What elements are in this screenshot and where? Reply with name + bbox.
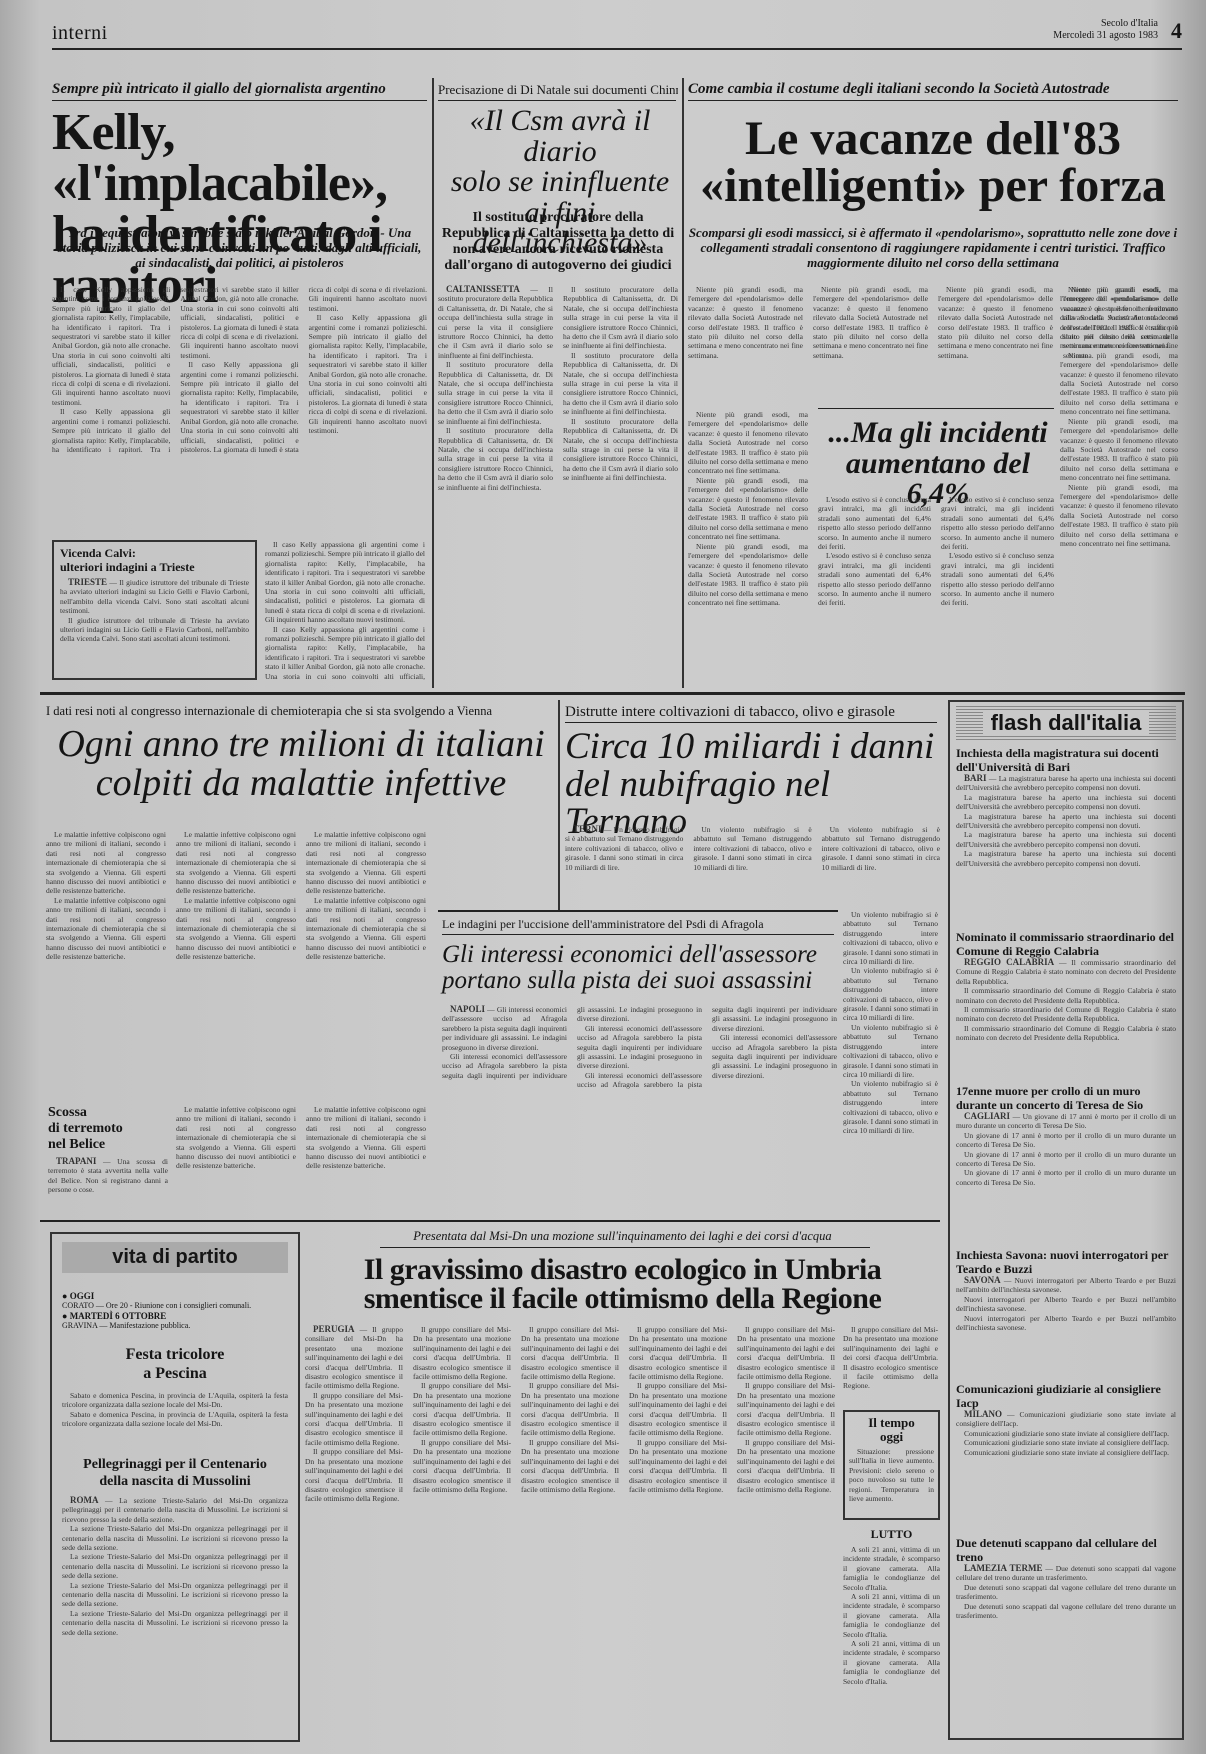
vacanze-body-cont: Niente più grandi esodi, ma l'emergere d… (688, 410, 808, 685)
ternano-body-cont: Un violento nubifragio si è abbattuto su… (843, 910, 938, 1220)
headline-line: portano sulla pista dei suoi assassini (442, 968, 842, 994)
body-paragraph: Il sostituto procuratore della Repubblic… (563, 351, 678, 417)
kicker-rule (442, 934, 834, 935)
dateline: CAGLIARI (964, 1112, 1010, 1121)
body-paragraph: Comunicazioni giudiziarie sono state inv… (956, 1448, 1176, 1457)
entry-text: CORATO — Ore 20 - Riunione con i consigl… (62, 1301, 288, 1311)
body-paragraph: Il gruppo consiliare del Msi-Dn ha prese… (737, 1381, 835, 1437)
vacanze-headline: Le vacanze dell'83 «intelligenti» per fo… (688, 115, 1178, 209)
body-paragraph: La sezione Trieste-Salario del Msi-Dn or… (62, 1609, 288, 1637)
title-line: Scossa (48, 1105, 168, 1121)
body-paragraph: Niente più grandi esodi, ma l'emergere d… (688, 410, 808, 476)
csm-kicker: Precisazione di Di Natale sui documenti … (438, 82, 678, 98)
flash-item-body: LAMEZIA TERME — Due detenuti sono scappa… (956, 1564, 1176, 1664)
body-paragraph: Le malattie infettive colpiscono ogni an… (176, 896, 296, 962)
body-paragraph: Niente più grandi esodi, ma l'emergere d… (1060, 483, 1178, 549)
kelly-kicker: Sempre più intricato il giallo del giorn… (52, 80, 427, 98)
body-paragraph: Comunicazioni giudiziarie sono state inv… (956, 1429, 1176, 1438)
headline-line: ...Ma gli incidenti (818, 418, 1058, 449)
body-paragraph: La sezione Trieste-Salario del Msi-Dn or… (62, 1581, 288, 1609)
header-rule (52, 48, 1182, 50)
headline-line: Gli interessi economici dell'assessore (442, 942, 842, 968)
entry-when: ● OGGI (62, 1291, 288, 1301)
body-paragraph: La magistratura barese ha aperto una inc… (956, 812, 1176, 831)
flash-item-title: 17enne muore per crollo di un muro duran… (956, 1084, 1176, 1112)
title-line: Vicenda Calvi: (60, 546, 249, 560)
flash-item: Inchiesta della magistratura sui docenti… (956, 746, 1176, 924)
flash-item: 17enne muore per crollo di un muro duran… (956, 1084, 1176, 1242)
dateline: LAMEZIA TERME (964, 1564, 1043, 1573)
title-line: oggi (849, 1430, 934, 1444)
flash-item-body: BARI — La magistratura barese ha aperto … (956, 774, 1176, 924)
title-line: a Pescina (62, 1364, 288, 1383)
calvi-title: Vicenda Calvi: ulteriori indagini a Trie… (60, 546, 249, 574)
tempo-body: Situazione: pressione sull'Italia in lie… (849, 1447, 934, 1512)
body-paragraph: Il gruppo consiliare del Msi-Dn ha prese… (737, 1438, 835, 1494)
body-paragraph: L'esodo estivo si è concluso senza gravi… (818, 551, 931, 607)
entry-when: ● MARTEDÌ 6 OTTOBRE (62, 1311, 288, 1321)
headline-line: «intelligenti» per forza (688, 162, 1178, 209)
body-paragraph: Il commissario straordinario del Comune … (956, 986, 1176, 1005)
body-paragraph: Un giovane di 17 anni è morto per il cro… (956, 1150, 1176, 1169)
dateline: TRAPANI (56, 1157, 96, 1166)
assessore-body: NAPOLI — Gli interessi economici dell'as… (442, 1005, 837, 1215)
headline-line: Le vacanze dell'83 (688, 115, 1178, 162)
body-paragraph: Il gruppo consiliare del Msi-Dn ha prese… (305, 1447, 403, 1503)
flash-item: Due detenuti scappano dal cellulare del … (956, 1536, 1176, 1664)
body-paragraph: Il caso Kelly appassiona gli argentini c… (265, 540, 425, 625)
body-paragraph: Il commissario straordinario del Comune … (956, 1005, 1176, 1024)
body-paragraph: Un violento nubifragio si è abbattuto su… (693, 825, 811, 872)
kelly-deck: Tra i sequestratori vi sarebbe stato il … (52, 225, 427, 270)
flash-item-title: Nominato il commissario straordinario de… (956, 930, 1176, 958)
body-paragraph: Comunicazioni giudiziarie sono state inv… (956, 1438, 1176, 1447)
flash-item-title: Inchiesta della magistratura sui docenti… (956, 746, 1176, 774)
title-line: Pellegrinaggi per il Centenario (62, 1456, 288, 1473)
flash-item: Comunicazioni giudiziarie al consigliere… (956, 1382, 1176, 1530)
body-paragraph: La sezione Trieste-Salario del Msi-Dn or… (62, 1552, 288, 1580)
festa-body: Sabato e domenica Pescina, in provincia … (62, 1391, 288, 1446)
flash-item-title: Comunicazioni giudiziarie al consigliere… (956, 1382, 1176, 1410)
body-paragraph: La magistratura barese ha aperto una inc… (956, 793, 1176, 812)
body-paragraph: Un violento nubifragio si è abbattuto su… (843, 1023, 938, 1079)
body-paragraph: Un giovane di 17 anni è morto per il cro… (956, 1168, 1176, 1187)
tempo-box: Il tempo oggi Situazione: pressione sull… (843, 1410, 940, 1520)
body-paragraph: Nuovi interrogatori per Alberto Teardo e… (956, 1295, 1176, 1314)
column-divider (682, 78, 684, 688)
flash-item-title: Due detenuti scappano dal cellulare del … (956, 1536, 1176, 1564)
title-line: ulteriori indagini a Trieste (60, 560, 249, 574)
dateline: TRIESTE (68, 578, 107, 587)
body-paragraph: La sezione Trieste-Salario del Msi-Dn or… (62, 1524, 288, 1552)
flash-item-title: Inchiesta Savona: nuovi interrogatori pe… (956, 1248, 1176, 1276)
body-paragraph: Un violento nubifragio si è abbattuto su… (822, 825, 940, 872)
section-rule (40, 692, 1185, 695)
ternano-body: TERNI — Un violento nubifragio si è abba… (565, 825, 940, 905)
body-paragraph: Niente più grandi esodi, ma l'emergere d… (1060, 285, 1178, 351)
body-paragraph: Un violento nubifragio si è abbattuto su… (843, 910, 938, 966)
body-paragraph: Nuovi interrogatori per Alberto Teardo e… (956, 1314, 1176, 1333)
body-paragraph: Il caso Kelly appassiona gli argentini c… (52, 285, 170, 407)
body-paragraph: Il gruppo consiliare del Msi-Dn ha prese… (413, 1325, 511, 1381)
body-paragraph: Il gruppo consiliare del Msi-Dn ha prese… (629, 1381, 727, 1437)
title-line: Festa tricolore (62, 1345, 288, 1364)
kelly-body-cont: Il caso Kelly appassiona gli argentini c… (265, 540, 425, 685)
body-paragraph: Il gruppo consiliare del Msi-Dn ha prese… (521, 1438, 619, 1494)
body-paragraph: Gli interessi economici dell'assessore u… (712, 1033, 837, 1080)
body-paragraph: A soli 21 anni, vittima di un incidente … (843, 1545, 940, 1592)
kicker-rule (565, 722, 937, 723)
tempo-title: Il tempo oggi (849, 1416, 934, 1444)
section-rule (438, 910, 838, 912)
body-paragraph: Sabato e domenica Pescina, in provincia … (62, 1410, 288, 1429)
body-paragraph: Situazione: pressione sull'Italia in lie… (849, 1447, 934, 1503)
calvi-body: TRIESTE — Il giudice istruttore del trib… (60, 578, 249, 673)
headline-line: Circa 10 miliardi i danni (565, 728, 945, 766)
flash-title: flash dall'italia (956, 706, 1176, 740)
newspaper-name: Secolo d'Italia (1053, 18, 1158, 30)
flash-item-body: MILANO — Comunicazioni giudiziarie sono … (956, 1410, 1176, 1530)
headline-line: smentisce il facile ottimismo della Regi… (305, 1284, 940, 1313)
body-paragraph: Le malattie infettive colpiscono ogni an… (176, 830, 296, 896)
vacanze-kicker: Come cambia il costume degli italiani se… (688, 80, 1178, 98)
body-paragraph: Il gruppo consiliare del Msi-Dn ha prese… (521, 1325, 619, 1381)
body-paragraph: L'esodo estivo si è concluso senza gravi… (941, 551, 1054, 607)
incidenti-body: L'esodo estivo si è concluso senza gravi… (818, 495, 1054, 685)
body-paragraph: Il sostituto procuratore della Repubblic… (438, 285, 553, 360)
column-divider (432, 78, 434, 688)
headline-line: solo se ininfluente (440, 167, 680, 198)
headline-line: colpiti da malattie infettive (46, 764, 556, 803)
body-paragraph: La magistratura barese ha aperto una inc… (956, 830, 1176, 849)
body-paragraph: La magistratura barese ha aperto una inc… (956, 774, 1176, 792)
umbria-body: PERUGIA — Il gruppo consiliare del Msi-D… (305, 1325, 835, 1745)
kicker-rule (438, 100, 676, 101)
dateline: CALTANISSETTA (446, 285, 520, 294)
flash-item-body: REGGIO CALABRIA — Il commissario straord… (956, 958, 1176, 1078)
body-paragraph: Il gruppo consiliare del Msi-Dn ha prese… (843, 1325, 938, 1391)
vacanze-body-side: Niente più grandi esodi, ma l'emergere d… (1060, 285, 1178, 685)
vita-entries: ● OGGI CORATO — Ore 20 - Riunione con i … (62, 1291, 288, 1331)
body-paragraph: Il gruppo consiliare del Msi-Dn ha prese… (629, 1438, 727, 1494)
vita-entry: ● MARTEDÌ 6 OTTOBRE GRAVINA — Manifestaz… (62, 1311, 288, 1331)
body-paragraph: Il sostituto procuratore della Repubblic… (438, 360, 553, 426)
entry-when-text: MARTEDÌ 6 OTTOBRE (70, 1311, 167, 1321)
flash-box: flash dall'italia Inchiesta della magist… (948, 700, 1184, 1740)
title-line: Il tempo (849, 1416, 934, 1430)
kelly-body: Il caso Kelly appassiona gli argentini c… (52, 285, 427, 525)
body-paragraph: Il gruppo consiliare del Msi-Dn ha prese… (413, 1438, 511, 1494)
title-line: nel Belice (48, 1137, 168, 1153)
dateline: REGGIO CALABRIA (964, 958, 1054, 967)
body-paragraph: Un violento nubifragio si è abbattuto su… (843, 966, 938, 1022)
pellegrinaggi-title: Pellegrinaggi per il Centenario della na… (62, 1456, 288, 1490)
dateline: ROMA (70, 1496, 99, 1505)
malattie-body-cont: Le malattie infettive colpiscono ogni an… (176, 1105, 426, 1215)
body-paragraph: Due detenuti sono scappati dal vagone ce… (956, 1583, 1176, 1602)
malattie-headline: Ogni anno tre milioni di italiani colpit… (46, 725, 556, 803)
assessore-kicker: Le indagini per l'uccisione dell'amminis… (442, 916, 837, 932)
body-paragraph: A soli 21 anni, vittima di un incidente … (843, 1639, 940, 1686)
masthead: Secolo d'Italia Mercoledì 31 agosto 1983 (1053, 18, 1158, 42)
body-paragraph: Due detenuti sono scappati dal vagone ce… (956, 1602, 1176, 1621)
incidenti-rule (818, 408, 1054, 409)
entry-text: GRAVINA — Manifestazione pubblica. (62, 1321, 288, 1331)
headline-line: «Il Csm avrà il diario (440, 106, 680, 167)
body-paragraph: Un giovane di 17 anni è morto per il cro… (956, 1131, 1176, 1150)
vita-box: vita di partito ● OGGI CORATO — Ore 20 -… (50, 1232, 300, 1742)
section-name: interni (52, 22, 108, 45)
flash-item: Nominato il commissario straordinario de… (956, 930, 1176, 1078)
body-paragraph: Niente più grandi esodi, ma l'emergere d… (813, 285, 928, 360)
calvi-box: Vicenda Calvi: ulteriori indagini a Trie… (52, 540, 257, 680)
kicker-rule (52, 100, 427, 101)
headline-line: Il gravissimo disastro ecologico in Umbr… (305, 1255, 940, 1284)
body-paragraph: Le malattie infettive colpiscono ogni an… (176, 1105, 296, 1171)
body-paragraph: Niente più grandi esodi, ma l'emergere d… (938, 285, 1053, 360)
kelly-headline: Kelly, «l'implacabile», ha identificato … (52, 108, 430, 312)
vacanze-deck: Scomparsi gli esodi massicci, si è affer… (688, 225, 1178, 270)
ternano-kicker: Distrutte intere coltivazioni di tabacco… (565, 703, 940, 721)
dateline: MILANO (964, 1410, 1002, 1419)
body-paragraph: Il gruppo consiliare del Msi-Dn ha prese… (305, 1325, 403, 1390)
assessore-headline: Gli interessi economici dell'assessore p… (442, 942, 842, 993)
malattie-kicker: I dati resi noti al congresso internazio… (46, 703, 556, 719)
malattie-body: Le malattie infettive colpiscono ogni an… (46, 830, 426, 1100)
dateline: TERNI (573, 825, 602, 834)
column-divider (558, 700, 560, 910)
kicker-rule (380, 1247, 870, 1248)
body-paragraph: Il sostituto procuratore della Repubblic… (563, 417, 678, 483)
page-number: 4 (1171, 18, 1182, 44)
headline-line: Kelly, «l'implacabile», (52, 108, 430, 210)
body-paragraph: Niente più grandi esodi, ma l'emergere d… (1060, 351, 1178, 417)
body-paragraph: Sabato e domenica Pescina, in provincia … (62, 1391, 288, 1410)
body-paragraph: Il gruppo consiliare del Msi-Dn ha prese… (521, 1381, 619, 1437)
lutto-body: A soli 21 anni, vittima di un incidente … (843, 1545, 940, 1745)
body-paragraph: Il caso Kelly appassiona gli argentini c… (309, 313, 427, 435)
csm-body: CALTANISSETTA — Il sostituto procuratore… (438, 285, 678, 685)
flash-item-body: CAGLIARI — Un giovane di 17 anni è morto… (956, 1112, 1176, 1242)
body-paragraph: Niente più grandi esodi, ma l'emergere d… (688, 285, 803, 360)
body-paragraph: Il gruppo consiliare del Msi-Dn ha prese… (629, 1325, 727, 1381)
vita-title: vita di partito (62, 1242, 288, 1273)
newspaper-page: interni Secolo d'Italia Mercoledì 31 ago… (0, 0, 1206, 1754)
body-paragraph: Le malattie infettive colpiscono ogni an… (46, 830, 166, 896)
body-paragraph: La magistratura barese ha aperto una inc… (956, 849, 1176, 868)
flash-item: Inchiesta Savona: nuovi interrogatori pe… (956, 1248, 1176, 1376)
festa-title: Festa tricolore a Pescina (62, 1345, 288, 1383)
belice-body: TRAPANI — Una scossa di terremoto è stat… (48, 1157, 168, 1215)
section-rule (40, 1220, 940, 1222)
issue-date: Mercoledì 31 agosto 1983 (1053, 30, 1158, 42)
body-paragraph: Il gruppo consiliare del Msi-Dn ha prese… (737, 1325, 835, 1381)
dateline: NAPOLI (450, 1005, 485, 1014)
dateline: PERUGIA (313, 1325, 355, 1334)
dateline: BARI (964, 774, 987, 783)
body-paragraph: Le malattie infettive colpiscono ogni an… (46, 896, 166, 962)
umbria-kicker: Presentata dal Msi-Dn una mozione sull'i… (305, 1228, 940, 1244)
body-paragraph: Un violento nubifragio si è abbattuto su… (843, 1079, 938, 1135)
title-line: della nascita di Mussolini (62, 1473, 288, 1490)
belice-title: Scossa di terremoto nel Belice (48, 1105, 168, 1153)
body-paragraph: L'esodo estivo si è concluso senza gravi… (941, 495, 1054, 551)
flash-item-body: SAVONA — Nuovi interrogatori per Alberto… (956, 1276, 1176, 1376)
body-paragraph: Niente più grandi esodi, ma l'emergere d… (688, 542, 808, 608)
body-paragraph: Le malattie infettive colpiscono ogni an… (306, 1105, 426, 1171)
body-paragraph: Niente più grandi esodi, ma l'emergere d… (688, 476, 808, 542)
body-paragraph: Le malattie infettive colpiscono ogni an… (306, 830, 426, 896)
body-paragraph: Il gruppo consiliare del Msi-Dn ha prese… (305, 1391, 403, 1447)
lutto-title: LUTTO (843, 1526, 940, 1542)
kicker-rule (688, 100, 1178, 101)
entry-when-text: OGGI (70, 1291, 95, 1301)
body-paragraph: Il sostituto procuratore della Repubblic… (438, 426, 553, 492)
pellegrinaggi-body: ROMA — La sezione Trieste-Salario del Ms… (62, 1496, 288, 1666)
body-paragraph: Il giudice istruttore del tribunale di T… (60, 616, 249, 644)
headline-line: Ogni anno tre milioni di italiani (46, 725, 556, 764)
vita-entry: ● OGGI CORATO — Ore 20 - Riunione con i … (62, 1291, 288, 1311)
csm-deck: Il sostituto procuratore della Repubblic… (438, 210, 678, 274)
body-paragraph: Le malattie infettive colpiscono ogni an… (306, 896, 426, 962)
body-paragraph: A soli 21 anni, vittima di un incidente … (843, 1592, 940, 1639)
body-paragraph: Il sostituto procuratore della Repubblic… (563, 285, 678, 351)
title-line: di terremoto (48, 1121, 168, 1137)
umbria-side-text: Il gruppo consiliare del Msi-Dn ha prese… (843, 1325, 938, 1405)
flash-title-text: flash dall'italia (983, 710, 1150, 735)
dateline: SAVONA (964, 1276, 1001, 1285)
body-paragraph: Niente più grandi esodi, ma l'emergere d… (1060, 417, 1178, 483)
body-paragraph: L'esodo estivo si è concluso senza gravi… (818, 495, 931, 551)
body-paragraph: Il gruppo consiliare del Msi-Dn ha prese… (413, 1381, 511, 1437)
body-paragraph: Gli interessi economici dell'assessore u… (577, 1024, 702, 1071)
body-paragraph: Il commissario straordinario del Comune … (956, 1024, 1176, 1043)
umbria-headline: Il gravissimo disastro ecologico in Umbr… (305, 1255, 940, 1314)
